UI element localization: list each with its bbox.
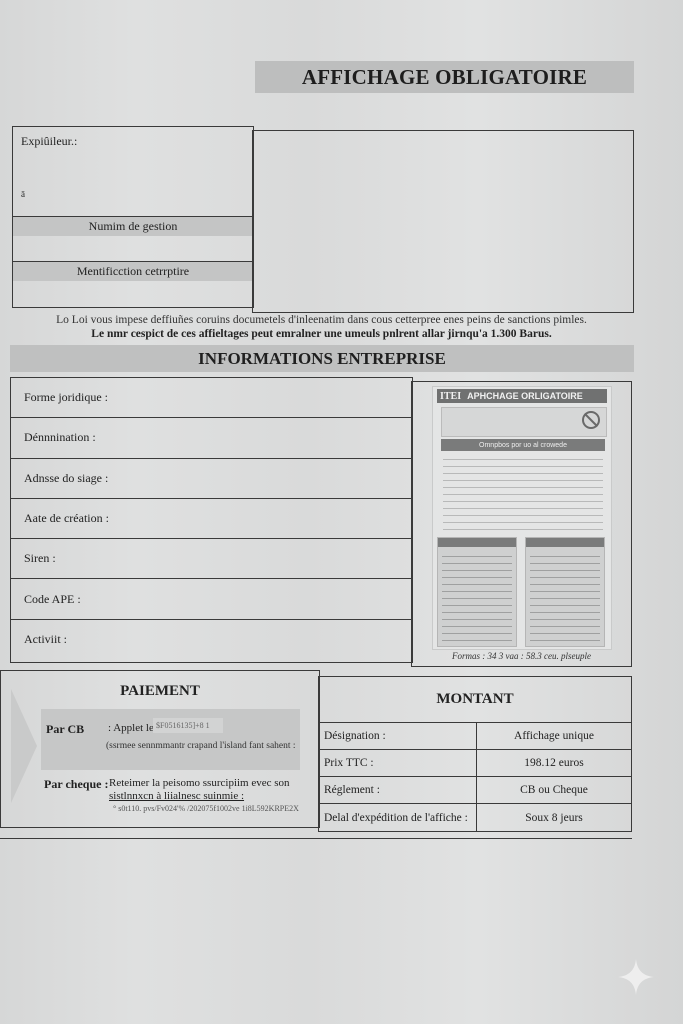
sender-label: Expiûileur.: — [21, 134, 77, 149]
amount-key: Delal d'expédition de l'affiche : — [319, 804, 477, 831]
cheque-instructions-cont: sistlnnxcn à liialnesc suinmie : — [109, 790, 244, 802]
company-section-title: INFORMATIONS ENTREPRISE — [10, 345, 634, 372]
sparkle-icon — [617, 958, 655, 996]
amount-value: CB ou Cheque — [477, 777, 631, 803]
card-note: (ssrmee sennmmantr crapand l'island fant… — [106, 741, 296, 751]
format-caption: Formas : 34 3 vaa : 58.3 ceu. plseuple — [412, 651, 631, 661]
payment-box: PAIEMENT Par CB : Applet le $F0516135]+8… — [0, 670, 320, 828]
poster-preview-image: ITEI APHCHAGE ORLIGATOIRE Omnpbos por uo… — [432, 386, 612, 650]
preview-column-right — [525, 537, 605, 647]
amount-key: Prix TTC : — [319, 750, 477, 776]
amount-title: MONTANT — [319, 677, 631, 723]
preview-column-left — [437, 537, 517, 647]
field-legal-form: Forme joridique : — [11, 378, 412, 418]
document-title: AFFICHAGE OBLIGATOIRE — [255, 61, 634, 93]
company-info-table: Forme joridique : Dénnnination : Adnsse … — [10, 377, 413, 663]
cheque-instructions: Reteimer la peisomo ssurcipiim evec son — [109, 777, 290, 789]
amount-value: Soux 8 jeurs — [477, 804, 631, 831]
no-smoking-icon — [582, 411, 600, 429]
amount-row-payment-method: Réglement : CB ou Cheque — [319, 777, 631, 804]
amount-row-shipping-delay: Delal d'expédition de l'affiche : Soux 8… — [319, 804, 631, 831]
preview-header: ITEI APHCHAGE ORLIGATOIRE — [437, 389, 607, 403]
bottom-divider — [0, 838, 632, 839]
penalty-notice: Le nmr cespict de ces affieltages peut e… — [0, 328, 643, 340]
amount-value: 198.12 euros — [477, 750, 631, 776]
poster-preview-box: ITEI APHCHAGE ORLIGATOIRE Omnpbos por uo… — [411, 381, 632, 667]
arrow-icon — [11, 689, 37, 803]
sender-box: Expiûileur.: ā Numim de gestion Mentific… — [12, 126, 254, 308]
field-siren: Siren : — [11, 539, 412, 579]
amount-table: MONTANT Désignation : Affichage unique P… — [318, 676, 632, 832]
amount-row-price: Prix TTC : 198.12 euros — [319, 750, 631, 777]
sender-mark: ā — [21, 189, 25, 199]
cheque-label: Par cheque : — [44, 777, 108, 792]
payment-title: PAIEMENT — [1, 683, 319, 700]
cheque-address: ° s0t110. pvs/Fv024'% /202075f1002ve 1i8… — [113, 804, 299, 813]
legal-notice: Lo Loi vous impese deffiuñes coruins doc… — [0, 314, 643, 326]
management-number-label: Numim de gestion — [13, 216, 253, 236]
preview-title: APHCHAGE ORLIGATOIRE — [467, 391, 583, 401]
field-creation-date: Aate de création : — [11, 499, 412, 539]
preview-notice-block — [441, 407, 607, 437]
card-payment-panel: Par CB : Applet le $F0516135]+8 1 (ssrme… — [41, 709, 300, 770]
address-box — [252, 130, 634, 313]
field-head-office-address: Adnsse do siage : — [11, 459, 412, 499]
preview-text-lines — [443, 455, 603, 533]
card-payment-label: Par CB — [46, 722, 84, 737]
card-phone-number: $F0516135]+8 1 — [153, 718, 223, 733]
preview-logo: ITEI — [440, 391, 461, 402]
preview-order-bar: Omnpbos por uo al crowede — [441, 439, 605, 451]
amount-key: Désignation : — [319, 723, 477, 749]
amount-value: Affichage unique — [477, 723, 631, 749]
field-activity: Activiit : — [11, 620, 412, 660]
field-company-name: Dénnnination : — [11, 418, 412, 458]
amount-row-designation: Désignation : Affichage unique — [319, 723, 631, 750]
amount-key: Réglement : — [319, 777, 477, 803]
field-ape-code: Code APE : — [11, 579, 412, 619]
card-call-text: : Applet le — [108, 722, 154, 734]
company-id-label: Mentificction cetrrptire — [13, 261, 253, 281]
